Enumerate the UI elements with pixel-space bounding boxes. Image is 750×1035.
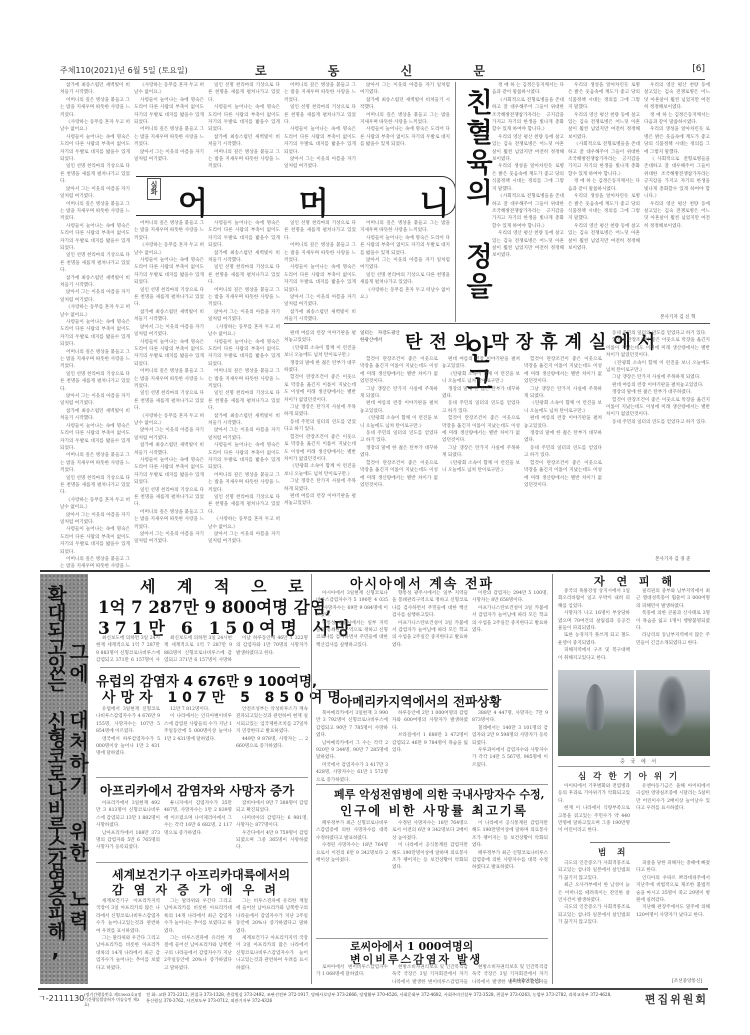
divider bbox=[100, 667, 300, 668]
peru-col-3: 이 나라에서 공식통계된 감염자만 해도 190만명이상에 달하며 의료봉사조가… bbox=[472, 820, 548, 936]
top-story-col-3b: 사령들이 늘어나는 속에 명숙은 도리어 다른 사람의 부축이 없이도 자기의 … bbox=[208, 220, 280, 572]
story-title: 어 머 니 bbox=[178, 178, 448, 223]
hunger-col-2: 유엔아동기금은 올해 아이띠에서 극심한 영양실조증에 시달리는 5살미만 어린… bbox=[636, 783, 710, 839]
side-story-col-2: 우리의 생성을 알아차린듯 로병은 밝은 웃음속에 계도가 좋고 당의 식품정책… bbox=[568, 82, 640, 322]
world-col-2: 최신보도에 의하면 3일 24시현재 세계적으로 1억 7 287만 9 883… bbox=[164, 635, 232, 665]
issue-date: 주체110(2021)년 6월 5일 (토요일) bbox=[60, 65, 188, 76]
asia-col-3: 이란의 감염자는 294만 5 100명, 사망자는 8만 658명이다.아프가… bbox=[472, 590, 548, 686]
newspaper-name: 로 동 신 문 bbox=[255, 62, 485, 79]
side-story-byline: 본사기자 김 신 혁 bbox=[660, 314, 695, 320]
middle-story-deck: 일터는 자강도광산한광산에서 bbox=[360, 330, 400, 354]
peru-title-line-1: 페루 악성전염병에 의한 국내사망자수 수정, bbox=[334, 786, 544, 802]
side-story-col-3: 우리의 영산 평산 천량 동에 살고있는 김숙 전쟁로병은 어느덧 아흔살이 훨… bbox=[644, 82, 710, 314]
europe-col-1: 유럽에서 3일현재 신형코로나비루스감염자수가 4 676만 9 155명, 사… bbox=[96, 706, 160, 774]
middle-story-col-2: 헐것이 란장조건이 좋은 이웃으로 막장을 옮긴지 이틀이 지났는데도 이성에 … bbox=[360, 356, 438, 570]
column-divider bbox=[455, 82, 456, 322]
who-col-3: 그는 비루스전파에 유리한 계절에 들어선 남아프리카와 남쪽반구의 나라들에서… bbox=[236, 898, 308, 982]
middle-story-col-5: 동네 주민의 일터의 연도를 얻었다고 하기 있다.헐것이 란장조건이 좋은 이… bbox=[606, 330, 710, 562]
disaster-col-2: 필리핀의 중부와 남부지역에서 최근 열대성폭풍이 휩쓸어 3 000여명의 피… bbox=[636, 588, 710, 668]
middle-story-col-1: 편데 여름의 런장 이야기판을 펼쳐놓고있었다.《탄광회 소속이 함께 이 런진… bbox=[284, 330, 356, 570]
masthead: 주체110(2021)년 6월 5일 (토요일) 로 동 신 문 [6] bbox=[60, 60, 705, 80]
who-col-1: 세계보건기구 아프리카지역 국장이 3일 아프리카의 많은 나라에서 신형코로나… bbox=[96, 898, 160, 982]
hunger-title: 심 각 한 기 아 위 기 bbox=[578, 770, 679, 782]
top-story-col-2b: 어머니의 깊은 병상을 붙들고 그는 밤을 지새우며 따뜻한 사랑을 느끼었다.… bbox=[134, 220, 204, 572]
disaster-title: 자 연 피 해 bbox=[594, 573, 676, 589]
americas-title: 아메리카지역에서의 전파상황 bbox=[340, 692, 501, 710]
middle-story-col-3: 편데 여름의 런장 이야기판을 펼쳐놓고있었다.《탄광회 소속이 함께 이 런진… bbox=[442, 356, 520, 570]
peru-title-line-2: 인구에 비한 사망률 최고기록 bbox=[340, 801, 528, 819]
divider bbox=[590, 842, 670, 843]
hunger-col-1: 아이띠에서 기후변화와 전염병과 등의 후과로 기아위기가 악화되고있다.현재 … bbox=[558, 783, 630, 839]
africa-col-2: 튜니지에서 감염자수가 35만 487명, 사망자수는 1만 2 839명에 이… bbox=[164, 800, 232, 860]
middle-story-byline: 본사기자 김 경 준 bbox=[655, 556, 690, 562]
footer: ㄱ-2111130 (정기간행물번호 제13003호)(정기간행물발송허가 미술… bbox=[38, 988, 708, 1002]
top-story-col-2: 《사랑하는 동무를 혼자 두고 떠날수 없어요.》사령들이 늘어나는 속에 명숙… bbox=[134, 82, 204, 172]
disaster-col-1: 중국의 흑룡강성 상지시에서 1일 회오리바람이 일고 우박이 내려 피해를 입… bbox=[558, 588, 630, 668]
asia-col-1: 아시아에서 3일현재 신형코로나비루스감염자수가 5 190만 4 035명, … bbox=[316, 590, 388, 686]
divider bbox=[96, 862, 308, 863]
top-story-col-5b: 어머니의 깊은 병상을 붙들고 그는 밤을 지새우며 따뜻한 사랑을 느끼었다.… bbox=[360, 220, 450, 330]
europe-col-2: 12만 7 812명이다.이 나라에서는 인디아변이비루스에 감염된 사람들의 … bbox=[164, 706, 232, 774]
covid-banner-line-2: 그에 대처하기 위한 노력 bbox=[66, 642, 88, 932]
tornado-funnel bbox=[658, 676, 686, 736]
section-divider-heavy bbox=[40, 570, 710, 572]
column-divider bbox=[552, 574, 553, 984]
asia-col-2: 향통성 광주시에서는 일부 지역들을 봉쇄관리구역으로 정하고 신형코로나를 검… bbox=[392, 590, 468, 686]
storm-photo-1 bbox=[558, 670, 634, 756]
africa-title: 아프리카에서 감염자와 사망자 증가 bbox=[100, 781, 294, 799]
europe-col-3: 안전조성부는 악성비루스가 계속 전파되고있는것과 관련하여 현재 실시되고있는… bbox=[236, 706, 308, 774]
divider bbox=[96, 777, 308, 778]
page-number: [6] bbox=[692, 64, 705, 74]
divider bbox=[316, 689, 548, 690]
section-divider bbox=[284, 323, 710, 324]
crime-col-1: 극도의 인간증오가 사회적풍조로 되고있는 섬나라 일본에서 살인범죄가 끊기지… bbox=[558, 860, 630, 984]
editorial-board: 편집위원회 bbox=[645, 991, 708, 1007]
africa-col-3: 잠비아에서 9만 7 388명이 감염되고 확진되었다.나미비아의 감염자는 6… bbox=[236, 800, 308, 860]
side-story-col-1: 정 애 하 는 김정은동지께서는 다음과 같이 말씀하시였다.《사회적으로 전형… bbox=[492, 82, 564, 322]
crime-credit: [조선중앙통신] bbox=[672, 978, 702, 984]
africa-col-1: 아프리카에서 3일현재 492만 3 813명이 신형코로나비루스에 감염되고 … bbox=[96, 800, 160, 860]
russia-col-1: 로씨아에서 변이비루스감염자수가 1 068명에 달하였다. bbox=[316, 964, 388, 984]
russia-credit: [조선중앙통신] bbox=[510, 978, 540, 984]
top-story-col-5: 앉아서 그는 이웃의 아픔을 자기 일처럼 여기였다.참가에 최송스럽던 새벽빛… bbox=[360, 82, 450, 172]
divider bbox=[558, 766, 710, 767]
world-col-3: 이날 하루동안에 46만 1 322명의 감염자와 1만 70명의 사망자가 발… bbox=[236, 635, 308, 665]
tornado-funnel bbox=[586, 684, 604, 730]
photo-caption: 중 국 에 서 bbox=[620, 758, 658, 765]
europe-title-line-2: 사망자 107만 5 850여명 bbox=[102, 687, 346, 707]
top-story-col-4b: 일인 선명 천리마의 기상으로 다른 천명을 새롭게 펼쳐나가고 있었다.어머니… bbox=[284, 220, 356, 330]
top-story-col-1: 참가에 최송스럽던 새벽빛이 비쳐들기 시작했다.어머니의 깊은 병상을 붙들고… bbox=[60, 82, 130, 572]
americas-col-3: 388만 4 447명, 사망자는 7만 9 873명이다.칠레에서는 140만… bbox=[472, 710, 548, 782]
crime-col-2: 피살을 당한 피해자는 충때에 빠졌다고 한다.인디아의 우따르 쁘라데쉬주에서… bbox=[636, 860, 710, 976]
top-story-col-3: 일인 선명 천리마의 기상으로 다른 천명을 새롭게 펼쳐나가고 있었다.사령들… bbox=[208, 82, 280, 172]
registration-info: (정기간행물번호 제13003호)(정기간행물발송허가 미술승인 제3호) bbox=[84, 992, 144, 1007]
divider bbox=[316, 784, 548, 785]
americas-col-2: 하루동안에 2만 1 000여명의 감염자와 600여명의 사망자가 발생하였다… bbox=[392, 710, 468, 782]
top-story-col-4: 어머니의 깊은 병상을 붙들고 그는 밤을 지새우며 따뜻한 사랑을 느끼었다.… bbox=[284, 82, 356, 172]
peru-col-2: 수정된 사망자수는 18만 764명으로서 이전의 6만 9 342명보다 2배… bbox=[392, 820, 468, 936]
category-badge: 실화 bbox=[147, 178, 161, 200]
column-divider bbox=[311, 574, 312, 984]
phone-directory: 전 화: 교환 373-2312, 편집국 373-1328, 총괄원실 373… bbox=[146, 992, 616, 1003]
who-title-line-2: 감 염 자 증 가 에 우 려 bbox=[112, 881, 279, 898]
who-col-2: 그는 말라위와 우간다 그리고 남아프리카를 비롯한 아프리카대륙의 14개 나… bbox=[164, 898, 232, 982]
storm-photo-2 bbox=[636, 670, 710, 756]
covid-banner-line-1: 확대되고있는 신형코로나비루스감염증피해, bbox=[44, 585, 66, 960]
middle-story-col-4: 헐것이 란장조건이 좋은 이웃으로 막장을 옮긴지 이틀이 지났는데도 이성에 … bbox=[524, 356, 602, 570]
peru-col-1: 페루정부가 최근 신형코로나비루스감염증에 의한 사망자수를 대폭 수정하였다고… bbox=[316, 820, 388, 936]
russia-col-2: 현방소비자권리보호 및 인간복리감독국 국장은 3일 기자회견에서 자기 나라에… bbox=[392, 964, 468, 984]
americas-col-1: 북아메리카에서 3일현재 3 990만 3 792명이 신형코로나비루스에 감염… bbox=[316, 710, 388, 782]
issue-code: ㄱ-2111130 bbox=[38, 993, 84, 1004]
crime-title: 범 죄 bbox=[598, 846, 629, 858]
world-col-1: 최신보도에 의하면 3일 24시현재 세계적으로 1억 7 287만 9 883… bbox=[96, 635, 160, 665]
